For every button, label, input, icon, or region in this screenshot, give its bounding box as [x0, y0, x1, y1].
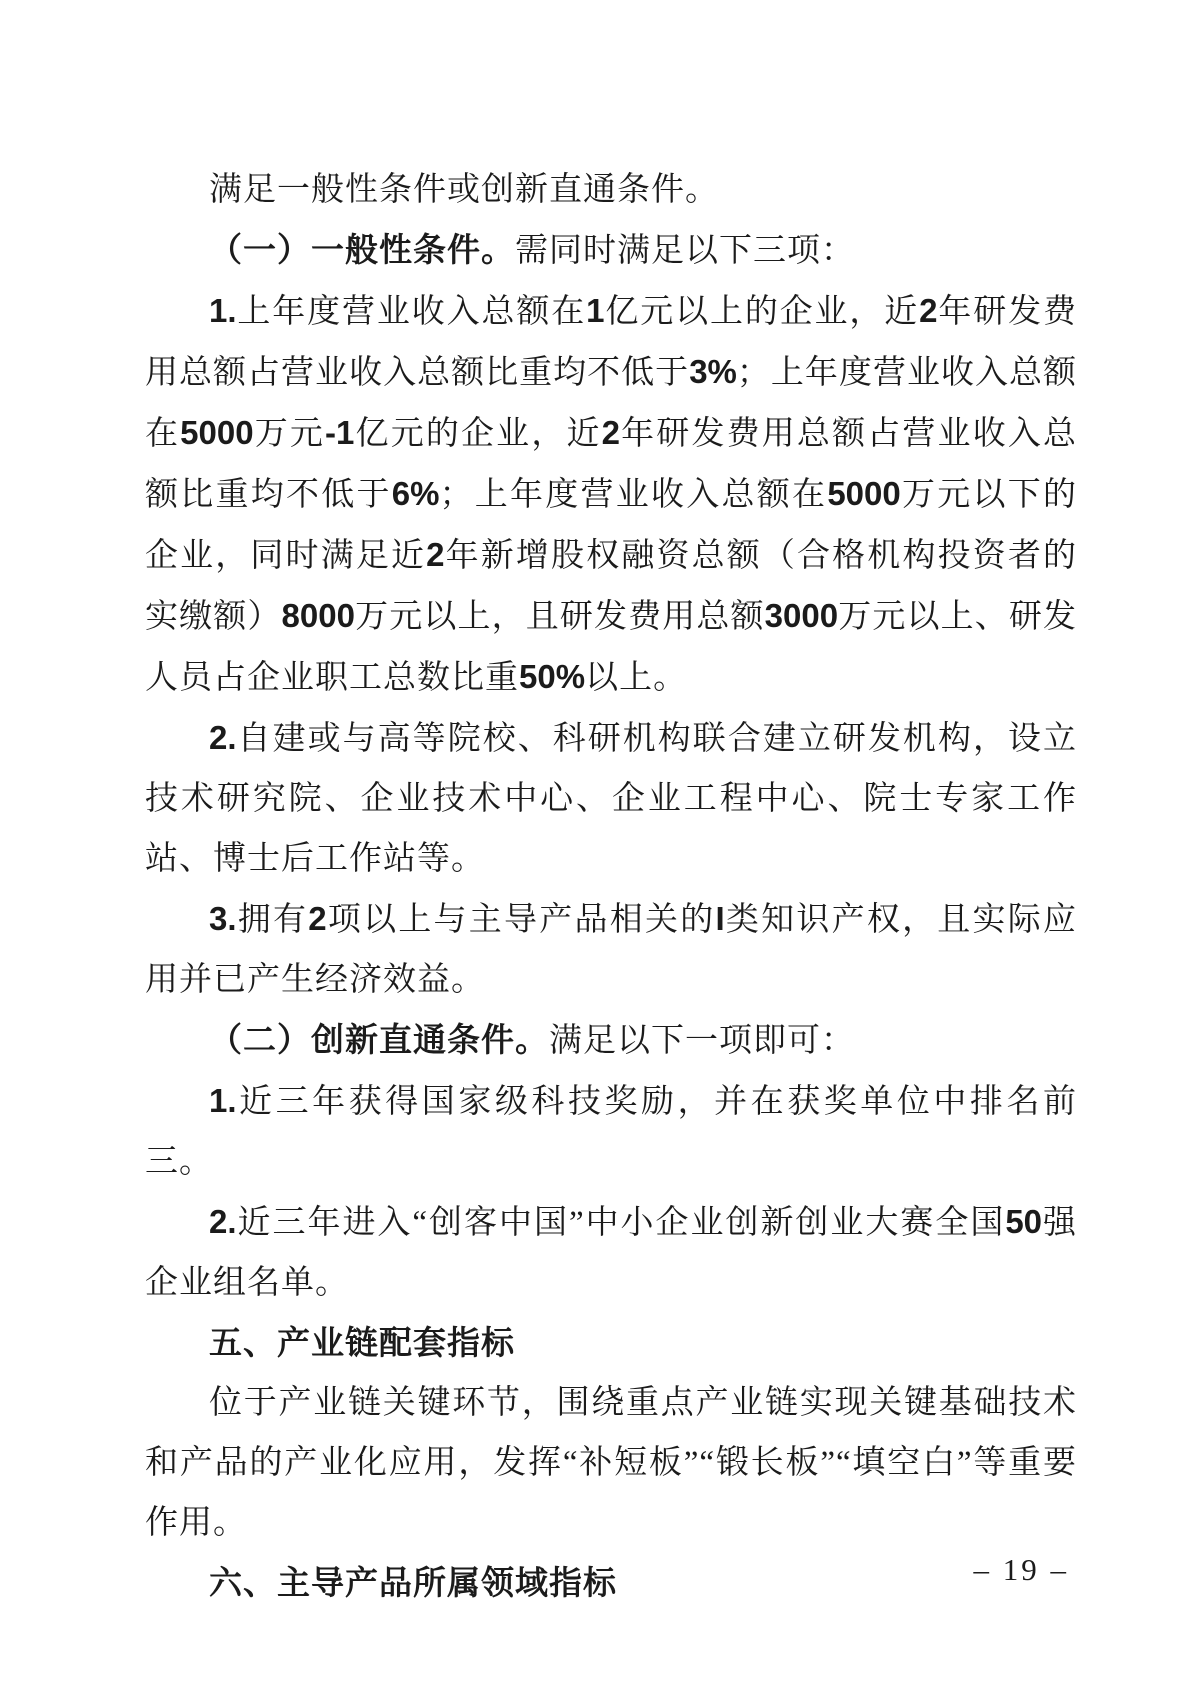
paragraph: 位于产业链关键环节，围绕重点产业链实现关键基础技术和产品的产业化应用，发挥“补短… — [145, 1373, 1077, 1553]
ascii-run: 50 — [1005, 1203, 1042, 1240]
document-body: 满足一般性条件或创新直通条件。（一）一般性条件。需同时满足以下三项：1.上年度营… — [145, 160, 1077, 1613]
ascii-run: 1 — [586, 292, 604, 329]
ascii-run: 5000 — [827, 475, 900, 512]
text-run: 1.近三年获得国家级科技奖励，并在获奖单位中排名前三。 — [145, 1084, 1077, 1180]
text-run: 满足一般性条件或创新直通条件。 — [209, 172, 719, 208]
ascii-run: 3000 — [765, 597, 838, 634]
paragraph: （一）一般性条件。需同时满足以下三项： — [145, 220, 1077, 281]
ascii-run: 50% — [519, 658, 585, 695]
paragraph: 1.上年度营业收入总额在1亿元以上的企业，近2年研发费用总额占营业收入总额比重均… — [145, 281, 1077, 708]
ascii-run: 8000 — [282, 597, 355, 634]
text-run: 满足以下一项即可： — [549, 1023, 855, 1059]
text-run: 2.近三年进入“创客中国”中小企业创新创业大赛全国50强企业组名单。 — [145, 1205, 1077, 1301]
bold-run: （二）创新直通条件。 — [209, 1021, 549, 1058]
document-page: 满足一般性条件或创新直通条件。（一）一般性条件。需同时满足以下三项：1.上年度营… — [0, 0, 1199, 1696]
text-run: 1.上年度营业收入总额在1亿元以上的企业，近2年研发费用总额占营业收入总额比重均… — [145, 294, 1077, 696]
paragraph: 2.自建或与高等院校、科研机构联合建立研发机构，设立技术研究院、企业技术中心、企… — [145, 708, 1077, 889]
ascii-run: 2 — [426, 536, 444, 573]
paragraph: 满足一般性条件或创新直通条件。 — [145, 160, 1077, 220]
page-number: – 19 – — [974, 1552, 1070, 1588]
section-heading: 六、主导产品所属领域指标 — [145, 1553, 1077, 1613]
ascii-run: I — [715, 900, 724, 937]
ascii-run: 1. — [209, 1082, 237, 1119]
ascii-run: 3. — [209, 900, 237, 937]
section-heading: 五、产业链配套指标 — [145, 1313, 1077, 1373]
paragraph: （二）创新直通条件。满足以下一项即可： — [145, 1010, 1077, 1071]
paragraph: 2.近三年进入“创客中国”中小企业创新创业大赛全国50强企业组名单。 — [145, 1192, 1077, 1313]
ascii-run: 3% — [689, 353, 737, 390]
bold-run: （一）一般性条件。 — [209, 231, 515, 268]
text-run: 位于产业链关键环节，围绕重点产业链实现关键基础技术和产品的产业化应用，发挥“补短… — [145, 1385, 1077, 1541]
paragraph: 3.拥有2项以上与主导产品相关的I类知识产权，且实际应用并已产生经济效益。 — [145, 889, 1077, 1010]
ascii-run: 6% — [392, 475, 440, 512]
ascii-run: -1 — [325, 414, 354, 451]
ascii-run: 2 — [602, 414, 620, 451]
bold-run: 五、产业链配套指标 — [209, 1324, 515, 1361]
text-run: 3.拥有2项以上与主导产品相关的I类知识产权，且实际应用并已产生经济效益。 — [145, 902, 1077, 998]
ascii-run: 2 — [308, 900, 326, 937]
text-run: 需同时满足以下三项： — [515, 233, 855, 269]
ascii-run: 2 — [919, 292, 937, 329]
bold-run: 六、主导产品所属领域指标 — [209, 1564, 617, 1601]
paragraph: 1.近三年获得国家级科技奖励，并在获奖单位中排名前三。 — [145, 1071, 1077, 1192]
ascii-run: 5000 — [180, 414, 253, 451]
ascii-run: 2. — [209, 1203, 237, 1240]
ascii-run: 2. — [209, 719, 237, 756]
ascii-run: 1. — [209, 292, 237, 329]
text-run: 2.自建或与高等院校、科研机构联合建立研发机构，设立技术研究院、企业技术中心、企… — [145, 721, 1077, 877]
